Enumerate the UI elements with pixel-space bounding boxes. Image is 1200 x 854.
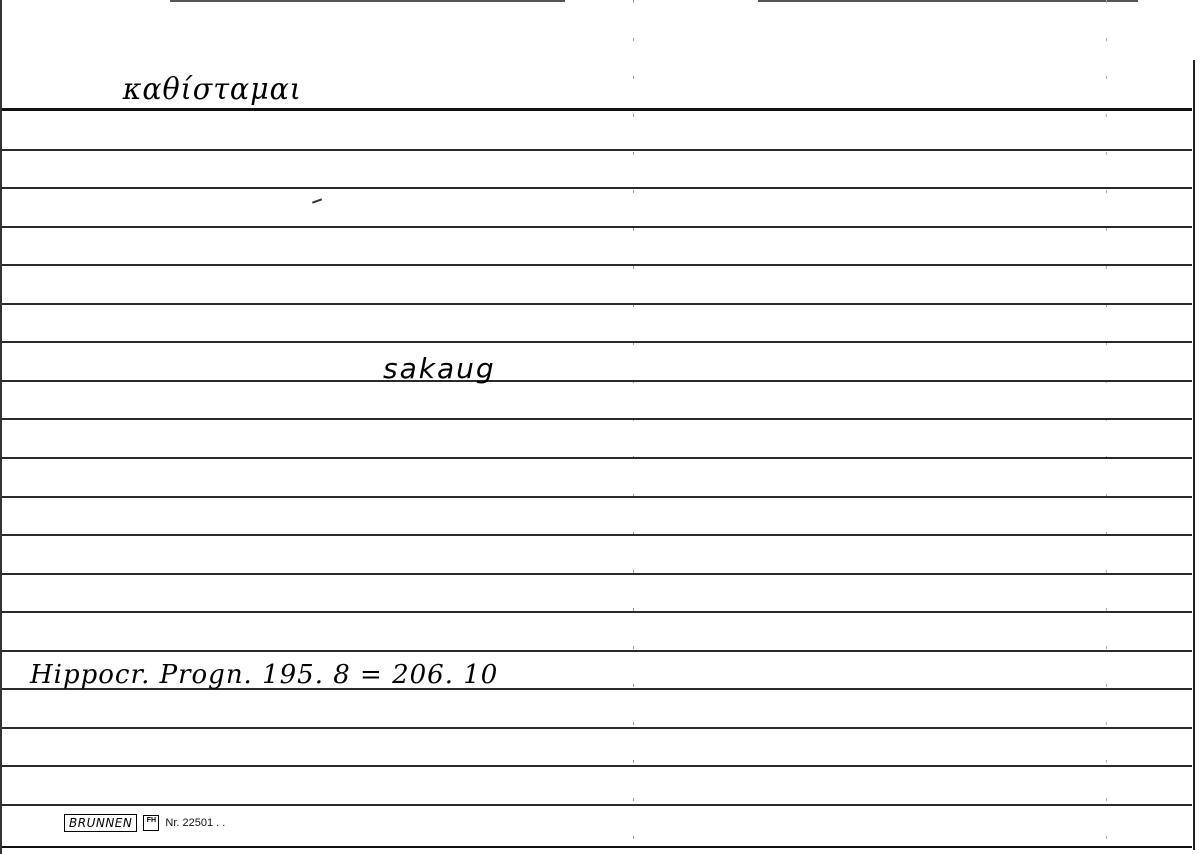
ruled-line bbox=[2, 496, 1192, 498]
ruled-line bbox=[2, 611, 1192, 613]
ruled-line bbox=[2, 108, 1192, 111]
brand-label: BRUNNEN bbox=[64, 814, 137, 832]
ink-speck bbox=[312, 198, 322, 203]
brand-logo-icon: FH bbox=[143, 815, 159, 831]
ruled-line bbox=[2, 149, 1192, 151]
ruled-line bbox=[2, 534, 1192, 536]
translation: sakaug bbox=[383, 352, 496, 385]
ruled-line bbox=[2, 341, 1192, 343]
column-divider bbox=[1106, 0, 1107, 854]
ruled-line bbox=[2, 457, 1192, 459]
printer-footer: BRUNNEN FH Nr. 22501 . . bbox=[64, 814, 225, 832]
source-reference: Hippocr. Progn. 195. 8 = 206. 10 bbox=[30, 660, 498, 690]
top-edge-fragment bbox=[170, 0, 565, 2]
ruled-line bbox=[2, 418, 1192, 420]
ruled-line bbox=[2, 187, 1192, 189]
ruled-line bbox=[2, 573, 1192, 575]
ruled-line bbox=[2, 765, 1192, 767]
column-divider bbox=[633, 0, 634, 854]
ruled-line bbox=[2, 380, 1192, 382]
card-left-edge bbox=[0, 0, 2, 854]
ruled-line bbox=[2, 650, 1192, 652]
ruled-line bbox=[2, 303, 1192, 305]
card-bottom-edge bbox=[2, 846, 1192, 848]
product-number: Nr. 22501 . . bbox=[165, 817, 225, 829]
card-right-edge bbox=[1193, 60, 1195, 850]
ruled-line bbox=[2, 804, 1192, 806]
ruled-line bbox=[2, 226, 1192, 228]
ruled-line bbox=[2, 264, 1192, 266]
headword: καθίσταμαι bbox=[123, 72, 302, 107]
top-edge-fragment bbox=[758, 0, 1138, 2]
ruled-line bbox=[2, 727, 1192, 729]
index-card: καθίσταμαι sakaug Hippocr. Progn. 195. 8… bbox=[0, 0, 1200, 854]
